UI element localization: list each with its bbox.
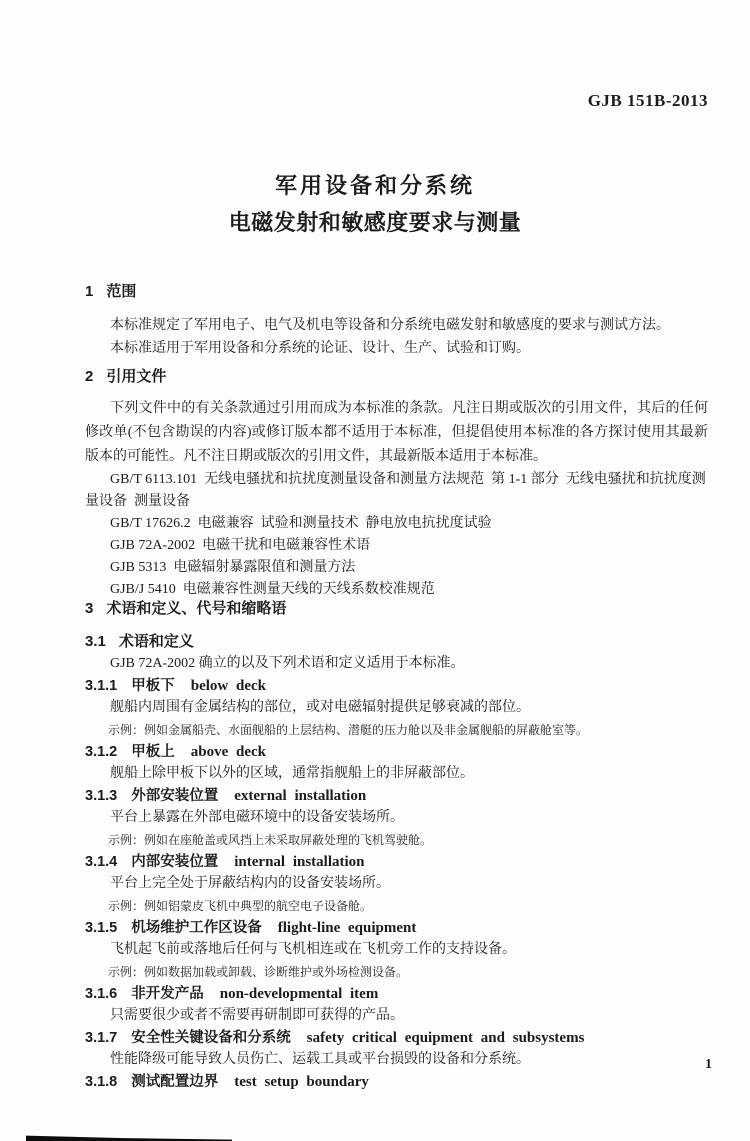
section-2-heading: 2引用文件 xyxy=(85,369,708,385)
term-name-zh: 非开发产品 xyxy=(131,986,204,1002)
section-1-paragraph: 本标准规定了军用电子、电气及机电等设备和分系统电磁发射和敏感度的要求与测试方法。 xyxy=(85,314,708,337)
term-name-zh: 内部安装位置 xyxy=(131,854,218,870)
section-1-number: 1 xyxy=(85,283,93,300)
term-name-en: above deck xyxy=(191,744,266,760)
section-2-title: 引用文件 xyxy=(106,368,166,385)
term-definition: 平台上暴露在外部电磁环境中的设备安装场所。 xyxy=(85,807,708,829)
term-name-zh: 机场维护工作区设备 xyxy=(131,920,262,936)
section-3-1-heading: 3.1术语和定义 xyxy=(85,634,708,650)
term-example-note: 示例：例如金属船壳、水面舰船的上层结构、潜艇的压力舱以及非金属舰船的屏蔽舱室等。 xyxy=(85,719,708,741)
document-page: GJB 151B-2013 军用设备和分系统 电磁发射和敏感度要求与测量 1范围… xyxy=(0,0,750,1141)
term-number: 3.1.6 xyxy=(85,986,117,1002)
term-name-zh: 甲板下 xyxy=(131,678,175,694)
term-definition: 只需要很少或者不需要再研制即可获得的产品。 xyxy=(85,1005,708,1027)
section-1-heading: 1范围 xyxy=(85,284,708,300)
reference-item: GJB/J 5410 电磁兼容性测量天线的天线系数校准规范 xyxy=(85,579,708,601)
term-name-en: non-developmental item xyxy=(220,986,379,1002)
document-title-line1: 军用设备和分系统 xyxy=(0,167,750,204)
term-number: 3.1.2 xyxy=(85,744,117,760)
term-name-en: test setup boundary xyxy=(234,1074,369,1090)
reference-item: GB/T 6113.101 无线电骚扰和抗扰度测量设备和测量方法规范 第 1-1… xyxy=(85,469,708,513)
term-name-zh: 安全性关键设备和分系统 xyxy=(131,1030,291,1046)
term-name-zh: 测试配置边界 xyxy=(131,1074,218,1090)
term-definition: 性能降级可能导致人员伤亡、运载工具或平台损毁的设备和分系统。 xyxy=(85,1049,708,1071)
section-3-title: 术语和定义、代号和缩略语 xyxy=(106,600,286,617)
term-name-en: safety critical equipment and subsystems xyxy=(307,1030,585,1046)
term-3-1-8: 3.1.8测试配置边界test setup boundary xyxy=(85,1071,708,1093)
scan-edge-artifact xyxy=(26,1135,232,1141)
term-example-note: 示例：例如铝蒙皮飞机中典型的航空电子设备舱。 xyxy=(85,895,708,917)
term-definition: 舰船内周围有金属结构的部位，或对电磁辐射提供足够衰减的部位。 xyxy=(85,697,708,719)
term-heading: 3.1.5机场维护工作区设备flight-line equipment xyxy=(85,917,708,939)
term-3-1-3: 3.1.3外部安装位置external installation 平台上暴露在外… xyxy=(85,785,708,851)
term-number: 3.1.4 xyxy=(85,854,117,870)
term-name-en: flight-line equipment xyxy=(278,920,417,936)
term-number: 3.1.5 xyxy=(85,920,117,936)
term-heading: 3.1.6非开发产品non-developmental item xyxy=(85,983,708,1005)
reference-item: GJB 72A-2002 电磁干扰和电磁兼容性术语 xyxy=(85,535,708,557)
term-number: 3.1.1 xyxy=(85,678,117,694)
term-name-en: below deck xyxy=(191,678,266,694)
term-3-1-6: 3.1.6非开发产品non-developmental item 只需要很少或者… xyxy=(85,983,708,1027)
term-definition: 舰船上除甲板下以外的区域，通常指舰船上的非屏蔽部位。 xyxy=(85,763,708,785)
term-heading: 3.1.1甲板下below deck xyxy=(85,675,708,697)
section-1-paragraph: 本标准适用于军用设备和分系统的论证、设计、生产、试验和订购。 xyxy=(85,337,708,360)
term-heading: 3.1.8测试配置边界test setup boundary xyxy=(85,1071,708,1093)
reference-item: GB/T 17626.2 电磁兼容 试验和测量技术 静电放电抗扰度试验 xyxy=(85,513,708,535)
page-number: 1 xyxy=(705,1057,712,1073)
document-title: 军用设备和分系统 电磁发射和敏感度要求与测量 xyxy=(0,167,750,241)
term-number: 3.1.7 xyxy=(85,1030,117,1046)
section-3-1-number: 3.1 xyxy=(85,633,106,650)
term-3-1-7: 3.1.7安全性关键设备和分系统safety critical equipmen… xyxy=(85,1027,708,1071)
document-title-line2: 电磁发射和敏感度要求与测量 xyxy=(0,204,750,241)
term-name-zh: 甲板上 xyxy=(131,744,175,760)
term-number: 3.1.3 xyxy=(85,788,117,804)
term-heading: 3.1.3外部安装位置external installation xyxy=(85,785,708,807)
section-1-title: 范围 xyxy=(106,283,136,300)
section-2-paragraph: 下列文件中的有关条款通过引用而成为本标准的条款。凡注日期或版次的引用文件，其后的… xyxy=(85,397,708,469)
term-definition: 平台上完全处于屏蔽结构内的设备安装场所。 xyxy=(85,873,708,895)
term-definition: 飞机起飞前或落地后任何与飞机相连或在飞机旁工作的支持设备。 xyxy=(85,939,708,961)
section-3-number: 3 xyxy=(85,600,93,617)
reference-list: GB/T 6113.101 无线电骚扰和抗扰度测量设备和测量方法规范 第 1-1… xyxy=(85,469,708,601)
term-number: 3.1.8 xyxy=(85,1074,117,1090)
term-name-en: internal installation xyxy=(234,854,364,870)
standard-number: GJB 151B-2013 xyxy=(0,0,750,108)
term-name-en: external installation xyxy=(234,788,366,804)
page-content: 1范围 本标准规定了军用电子、电气及机电等设备和分系统电磁发射和敏感度的要求与测… xyxy=(0,284,750,1093)
term-example-note: 示例：例如在座舱盖或风挡上未采取屏蔽处理的飞机驾驶舱。 xyxy=(85,829,708,851)
section-3-heading: 3术语和定义、代号和缩略语 xyxy=(85,601,708,617)
term-3-1-5: 3.1.5机场维护工作区设备flight-line equipment 飞机起飞… xyxy=(85,917,708,983)
term-heading: 3.1.4内部安装位置internal installation xyxy=(85,851,708,873)
section-3-1-title: 术语和定义 xyxy=(119,633,194,650)
section-2-number: 2 xyxy=(85,368,93,385)
reference-item: GJB 5313 电磁辐射暴露限值和测量方法 xyxy=(85,557,708,579)
term-3-1-4: 3.1.4内部安装位置internal installation 平台上完全处于… xyxy=(85,851,708,917)
term-heading: 3.1.2甲板上above deck xyxy=(85,741,708,763)
term-name-zh: 外部安装位置 xyxy=(131,788,218,804)
term-3-1-1: 3.1.1甲板下below deck 舰船内周围有金属结构的部位，或对电磁辐射提… xyxy=(85,675,708,741)
term-3-1-2: 3.1.2甲板上above deck 舰船上除甲板下以外的区域，通常指舰船上的非… xyxy=(85,741,708,785)
term-heading: 3.1.7安全性关键设备和分系统safety critical equipmen… xyxy=(85,1027,708,1049)
term-example-note: 示例：例如数据加载或卸载、诊断维护或外场检测设备。 xyxy=(85,961,708,983)
terms-intro: GJB 72A-2002 确立的以及下列术语和定义适用于本标准。 xyxy=(85,653,708,675)
